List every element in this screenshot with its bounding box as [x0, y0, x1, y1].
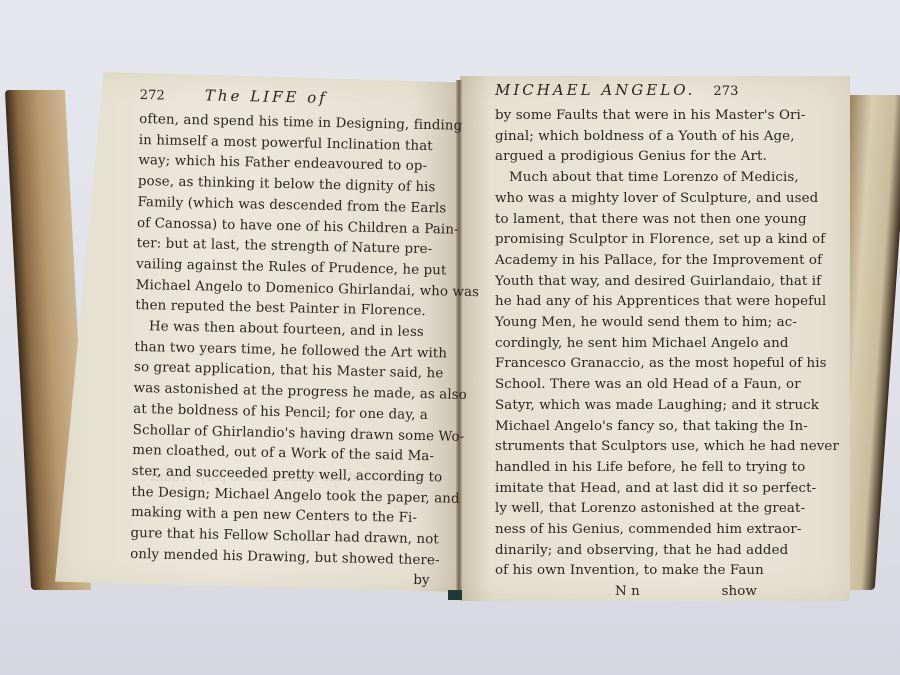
text-line: ness of his Genius, commended him extrao…	[495, 520, 757, 541]
text-line: of his own Invention, to make the Faun	[495, 561, 757, 582]
text-line: Youth that way, and desired Guirlandaio,…	[495, 272, 757, 293]
text-line: to lament, that there was not then one y…	[495, 210, 757, 231]
right-running-head: MICHAEL ANGELO. 273	[495, 80, 757, 106]
text-line: Academy in his Pallace, for the Improvem…	[495, 251, 757, 272]
text-line: who was a mighty lover of Sculpture, and…	[495, 189, 757, 210]
text-line: cordingly, he sent him Michael Angelo an…	[495, 334, 757, 355]
text-line: handled in his Life before, he fell to t…	[495, 458, 757, 479]
text-line: imitate that Head, and at last did it so…	[495, 479, 757, 500]
spine-binding	[448, 590, 462, 600]
text-line: he had any of his Apprentices that were …	[495, 292, 757, 313]
right-head-title: MICHAEL ANGELO.	[495, 80, 695, 101]
text-line: struments that Sculptors use, which he h…	[495, 437, 757, 458]
text-line: ly well, that Lorenzo astonished at the …	[495, 499, 757, 520]
left-head-title: The LIFE of	[205, 85, 328, 108]
left-page-text: 272 The LIFE of often, and spend his tim…	[129, 84, 439, 592]
right-folio: 273	[713, 82, 738, 103]
text-line: Satyr, which was made Laughing; and it s…	[495, 396, 757, 417]
text-line: dinarily; and observing, that he had add…	[495, 541, 757, 562]
left-folio: 272	[140, 86, 166, 107]
text-line: promising Sculptor in Florence, set up a…	[495, 230, 757, 251]
signature-mark: N n	[615, 582, 640, 603]
open-book: 272 The LIFE of often, and spend his tim…	[0, 0, 900, 675]
book-gutter	[456, 80, 462, 595]
text-line: School. There was an old Head of a Faun,…	[495, 375, 757, 396]
page-footer: N n show	[495, 582, 757, 603]
text-line: Michael Angelo's fancy so, that taking t…	[495, 417, 757, 438]
text-line: Francesco Granaccio, as the most hopeful…	[495, 354, 757, 375]
text-line: Much about that time Lorenzo of Medicis,	[495, 168, 757, 189]
bleed-through-text: School; but the Child used to play Truan…	[150, 470, 422, 485]
right-page-text: MICHAEL ANGELO. 273 by some Faults that …	[495, 80, 757, 603]
text-line: ginal; which boldness of a Youth of his …	[495, 127, 757, 148]
text-line: by some Faults that were in his Master's…	[495, 106, 757, 127]
text-line: Young Men, he would send them to him; ac…	[495, 313, 757, 334]
text-line: argued a prodigious Genius for the Art.	[495, 147, 757, 168]
bleed-through-text: done	[500, 500, 532, 515]
catchword: show	[722, 582, 757, 603]
